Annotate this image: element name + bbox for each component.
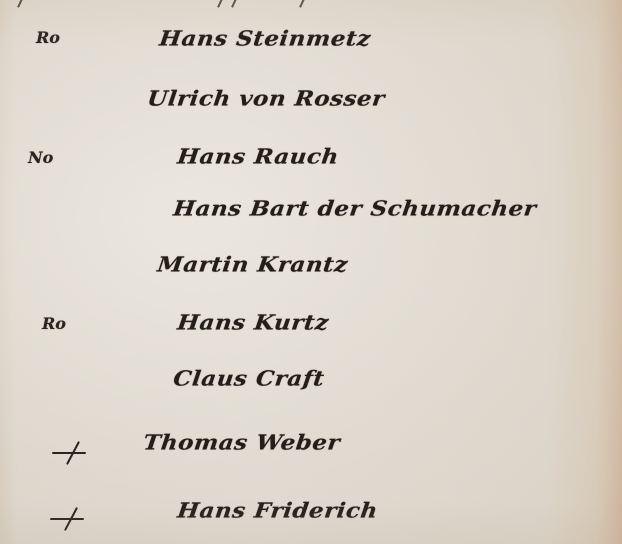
list-entry-name: Ulrich von Rosser [146,87,386,111]
manuscript-page: Ro Hans Steinmetz Ulrich von Rosser No H… [0,0,622,544]
cross-mark-icon [52,440,86,466]
list-entry-name: Hans Kurtz [176,311,330,335]
cross-mark-icon [50,506,84,532]
list-entry-name: Thomas Weber [142,431,342,455]
margin-annotation: Ro [42,316,66,332]
list-entry-name: Hans Friderich [176,499,379,523]
margin-annotation: No [28,150,53,166]
list-entry-name: Claus Craft [172,367,326,391]
list-entry-name: Hans Rauch [176,145,340,169]
cut-off-text-fragment [12,0,332,8]
list-entry-name: Hans Steinmetz [158,27,372,51]
list-entry-name: Hans Bart der Schumacher [172,197,538,221]
list-entry-name: Martin Krantz [156,253,349,277]
margin-annotation: Ro [36,30,60,46]
